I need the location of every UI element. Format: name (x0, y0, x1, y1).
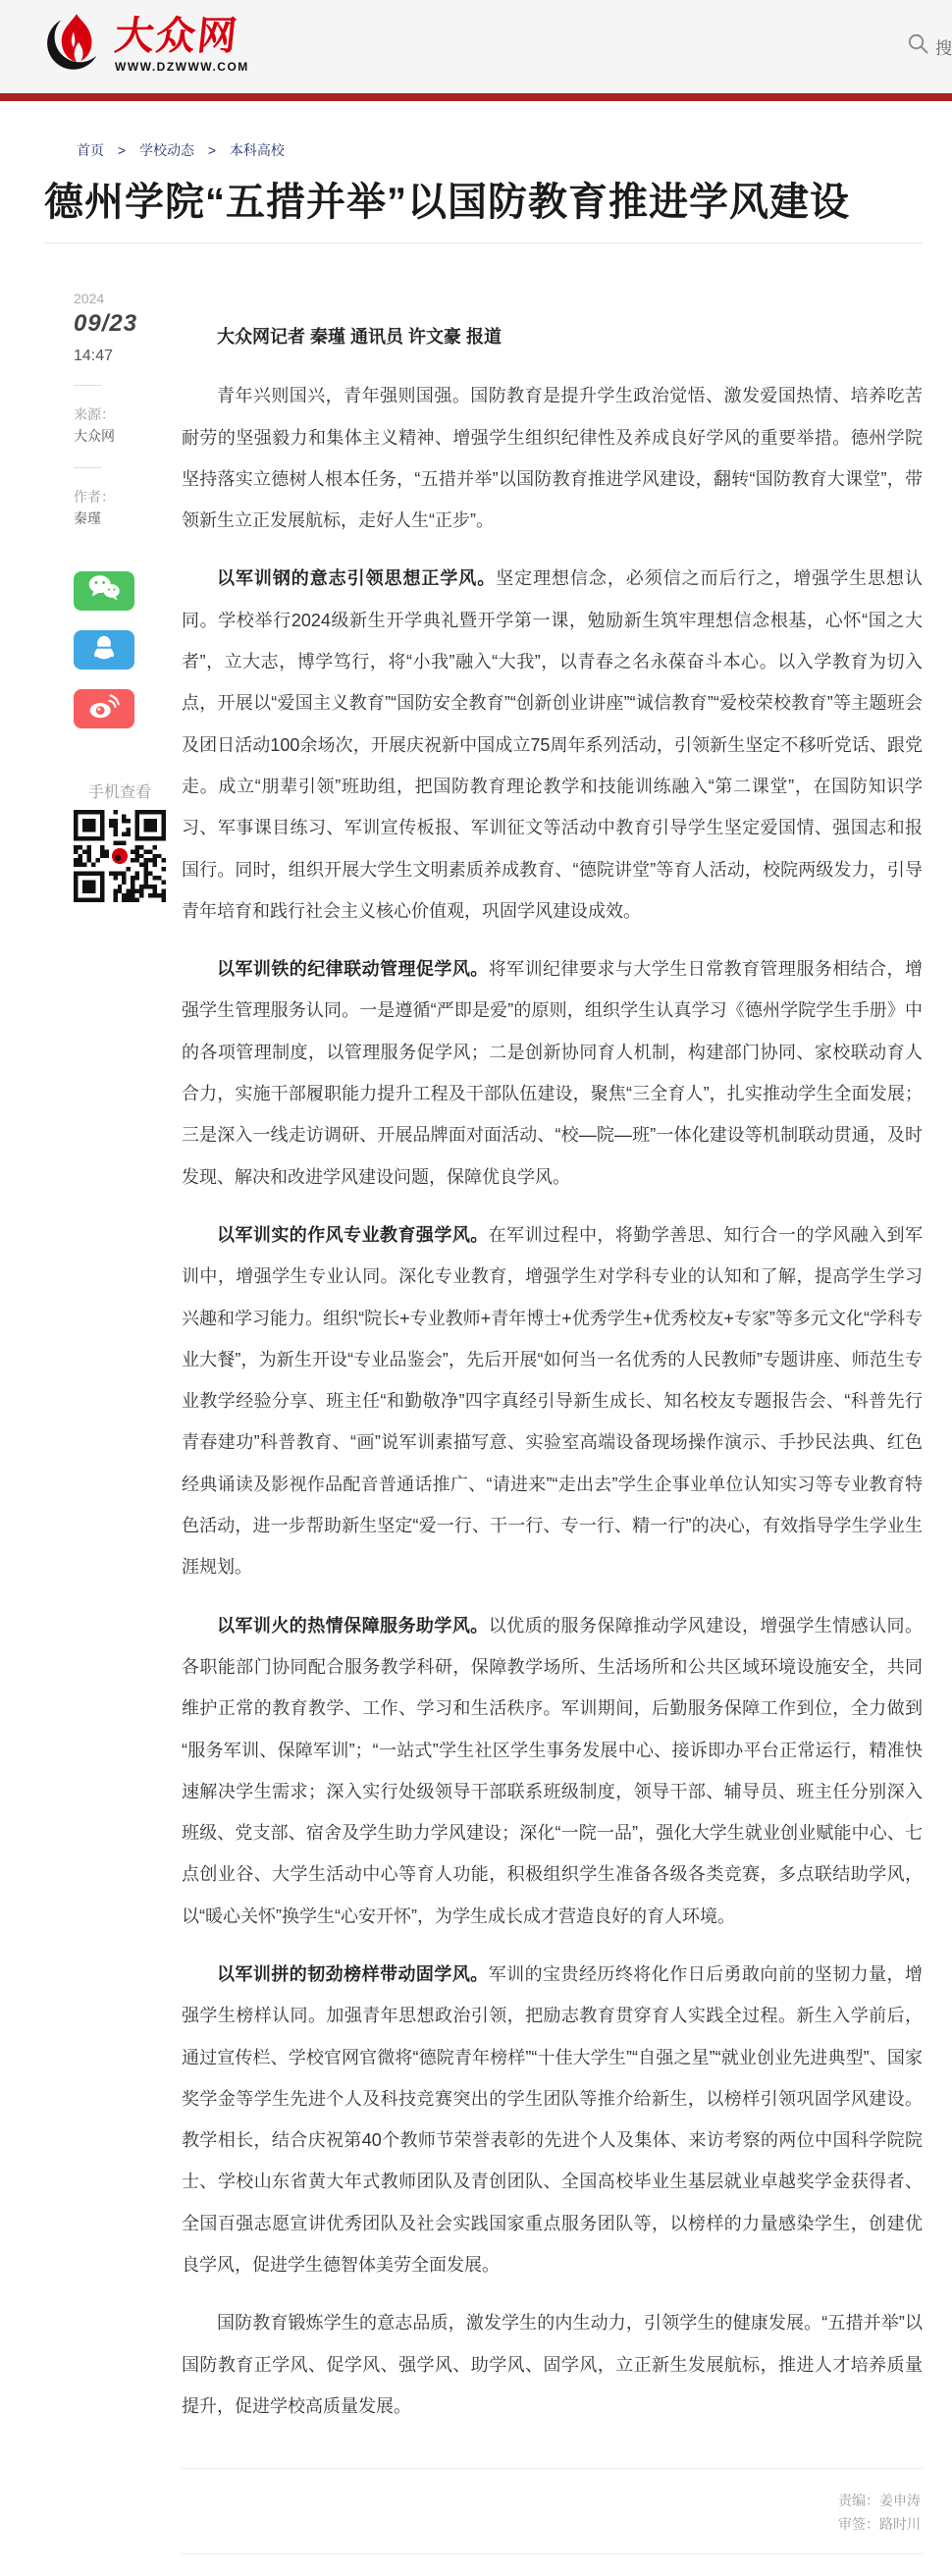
article-body-column: 大众网记者 秦瑾 通讯员 许文豪 报道 青年兴则国兴，青年强则国强。国防教育是提… (182, 291, 923, 2554)
paragraph-lead: 以军训实的作风专业教育强学风。 (217, 1225, 489, 1245)
qq-share-button[interactable] (74, 630, 134, 670)
article-paragraphs: 青年兴则国兴，青年强则国强。国防教育是提升学生政治觉悟、激发爱国热情、培养吃苦耐… (182, 375, 923, 2427)
editor-label: 责编： (838, 2493, 879, 2508)
article-paragraph: 青年兴则国兴，青年强则国强。国防教育是提升学生政治觉悟、激发爱国热情、培养吃苦耐… (182, 375, 923, 541)
article-paragraph: 以军训拼的韧劲榜样带动固学风。军训的宝贵经历终将化作日后勇敢向前的坚韧力量，增强… (182, 1954, 923, 2285)
reviewer-credit: 审签：路时川 (184, 2512, 921, 2536)
title-divider (44, 242, 923, 243)
source-value: 大众网 (74, 425, 182, 447)
article-paragraph: 以军训火的热情保障服务助学风。以优质的服务保障推动学风建设，增强学生情感认同。各… (182, 1605, 923, 1937)
share-buttons (74, 571, 182, 728)
reviewer-name: 路时川 (879, 2516, 921, 2532)
site-name: 大众网 (113, 17, 251, 56)
paragraph-lead: 以军训拼的韧劲榜样带动固学风。 (217, 1964, 489, 1984)
source-label: 来源： (74, 403, 182, 425)
breadcrumb-home[interactable]: 首页 (77, 142, 104, 158)
meta-divider (74, 467, 101, 468)
article-title: 德州学院“五措并举”以国防教育推进学风建设 (44, 180, 923, 225)
reviewer-label: 审签： (838, 2516, 879, 2532)
article-footer: 责编：姜申涛 审签：路时川 (182, 2468, 923, 2554)
mobile-view-label: 手机查看 (74, 779, 166, 802)
article-paragraph: 以军训铁的纪律联动管理促学风。将军训纪律要求与大学生日常教育管理服务相结合，增强… (182, 948, 923, 1198)
article-paragraph: 以军训钢的意志引领思想正学风。坚定理想信念，必须信之而后行之，增强学生思想认同。… (182, 558, 923, 932)
weibo-share-button[interactable] (74, 689, 134, 728)
publish-year: 2024 (74, 291, 182, 306)
site-logo[interactable]: 大众网 WWW.DZWWW.COM (44, 11, 249, 79)
publish-time: 14:47 (74, 348, 182, 365)
site-header: 大众网 WWW.DZWWW.COM 搜索 (0, 0, 952, 93)
author-value: 秦瑾 (74, 508, 182, 529)
article-layout: 2024 09/23 14:47 来源： 大众网 作者： 秦瑾 (44, 291, 923, 2554)
breadcrumb-undergraduate[interactable]: 本科高校 (230, 142, 285, 158)
paragraph-lead: 以军训铁的纪律联动管理促学风。 (217, 959, 489, 979)
qr-code (74, 810, 166, 902)
breadcrumb-separator: > (208, 142, 216, 158)
article-paragraph: 以军训实的作风专业教育强学风。在军训过程中，将勤学善思、知行合一的学风融入到军训… (182, 1214, 923, 1588)
author-label: 作者： (74, 486, 182, 508)
header-accent-bar (0, 93, 952, 101)
article-byline: 大众网记者 秦瑾 通讯员 许文豪 报道 (182, 316, 923, 357)
paragraph-lead: 以军训钢的意志引领思想正学风。 (217, 568, 496, 588)
wechat-icon (87, 574, 121, 607)
wechat-share-button[interactable] (74, 571, 134, 611)
site-url: WWW.DZWWW.COM (115, 60, 249, 74)
search-button[interactable]: 搜索 (907, 32, 952, 60)
editor-name: 姜申涛 (879, 2493, 921, 2508)
flame-logo-icon (44, 11, 109, 79)
paragraph-lead: 以军训火的热情保障服务助学风。 (217, 1616, 489, 1636)
breadcrumb-school-news[interactable]: 学校动态 (139, 142, 194, 158)
article-paragraph: 国防教育锻炼学生的意志品质，激发学生的内生动力，引领学生的健康发展。“五措并举”… (182, 2302, 923, 2427)
meta-divider (74, 385, 101, 386)
search-label: 搜索 (935, 34, 952, 59)
weibo-icon (88, 692, 120, 724)
search-icon (907, 32, 929, 60)
breadcrumb-separator: > (118, 142, 126, 158)
editor-credit: 责编：姜申涛 (184, 2489, 921, 2512)
article-meta-column: 2024 09/23 14:47 来源： 大众网 作者： 秦瑾 (44, 291, 182, 902)
qq-icon (91, 634, 117, 666)
breadcrumb: 首页 > 学校动态 > 本科高校 (77, 140, 952, 160)
publish-date: 09/23 (74, 310, 182, 338)
